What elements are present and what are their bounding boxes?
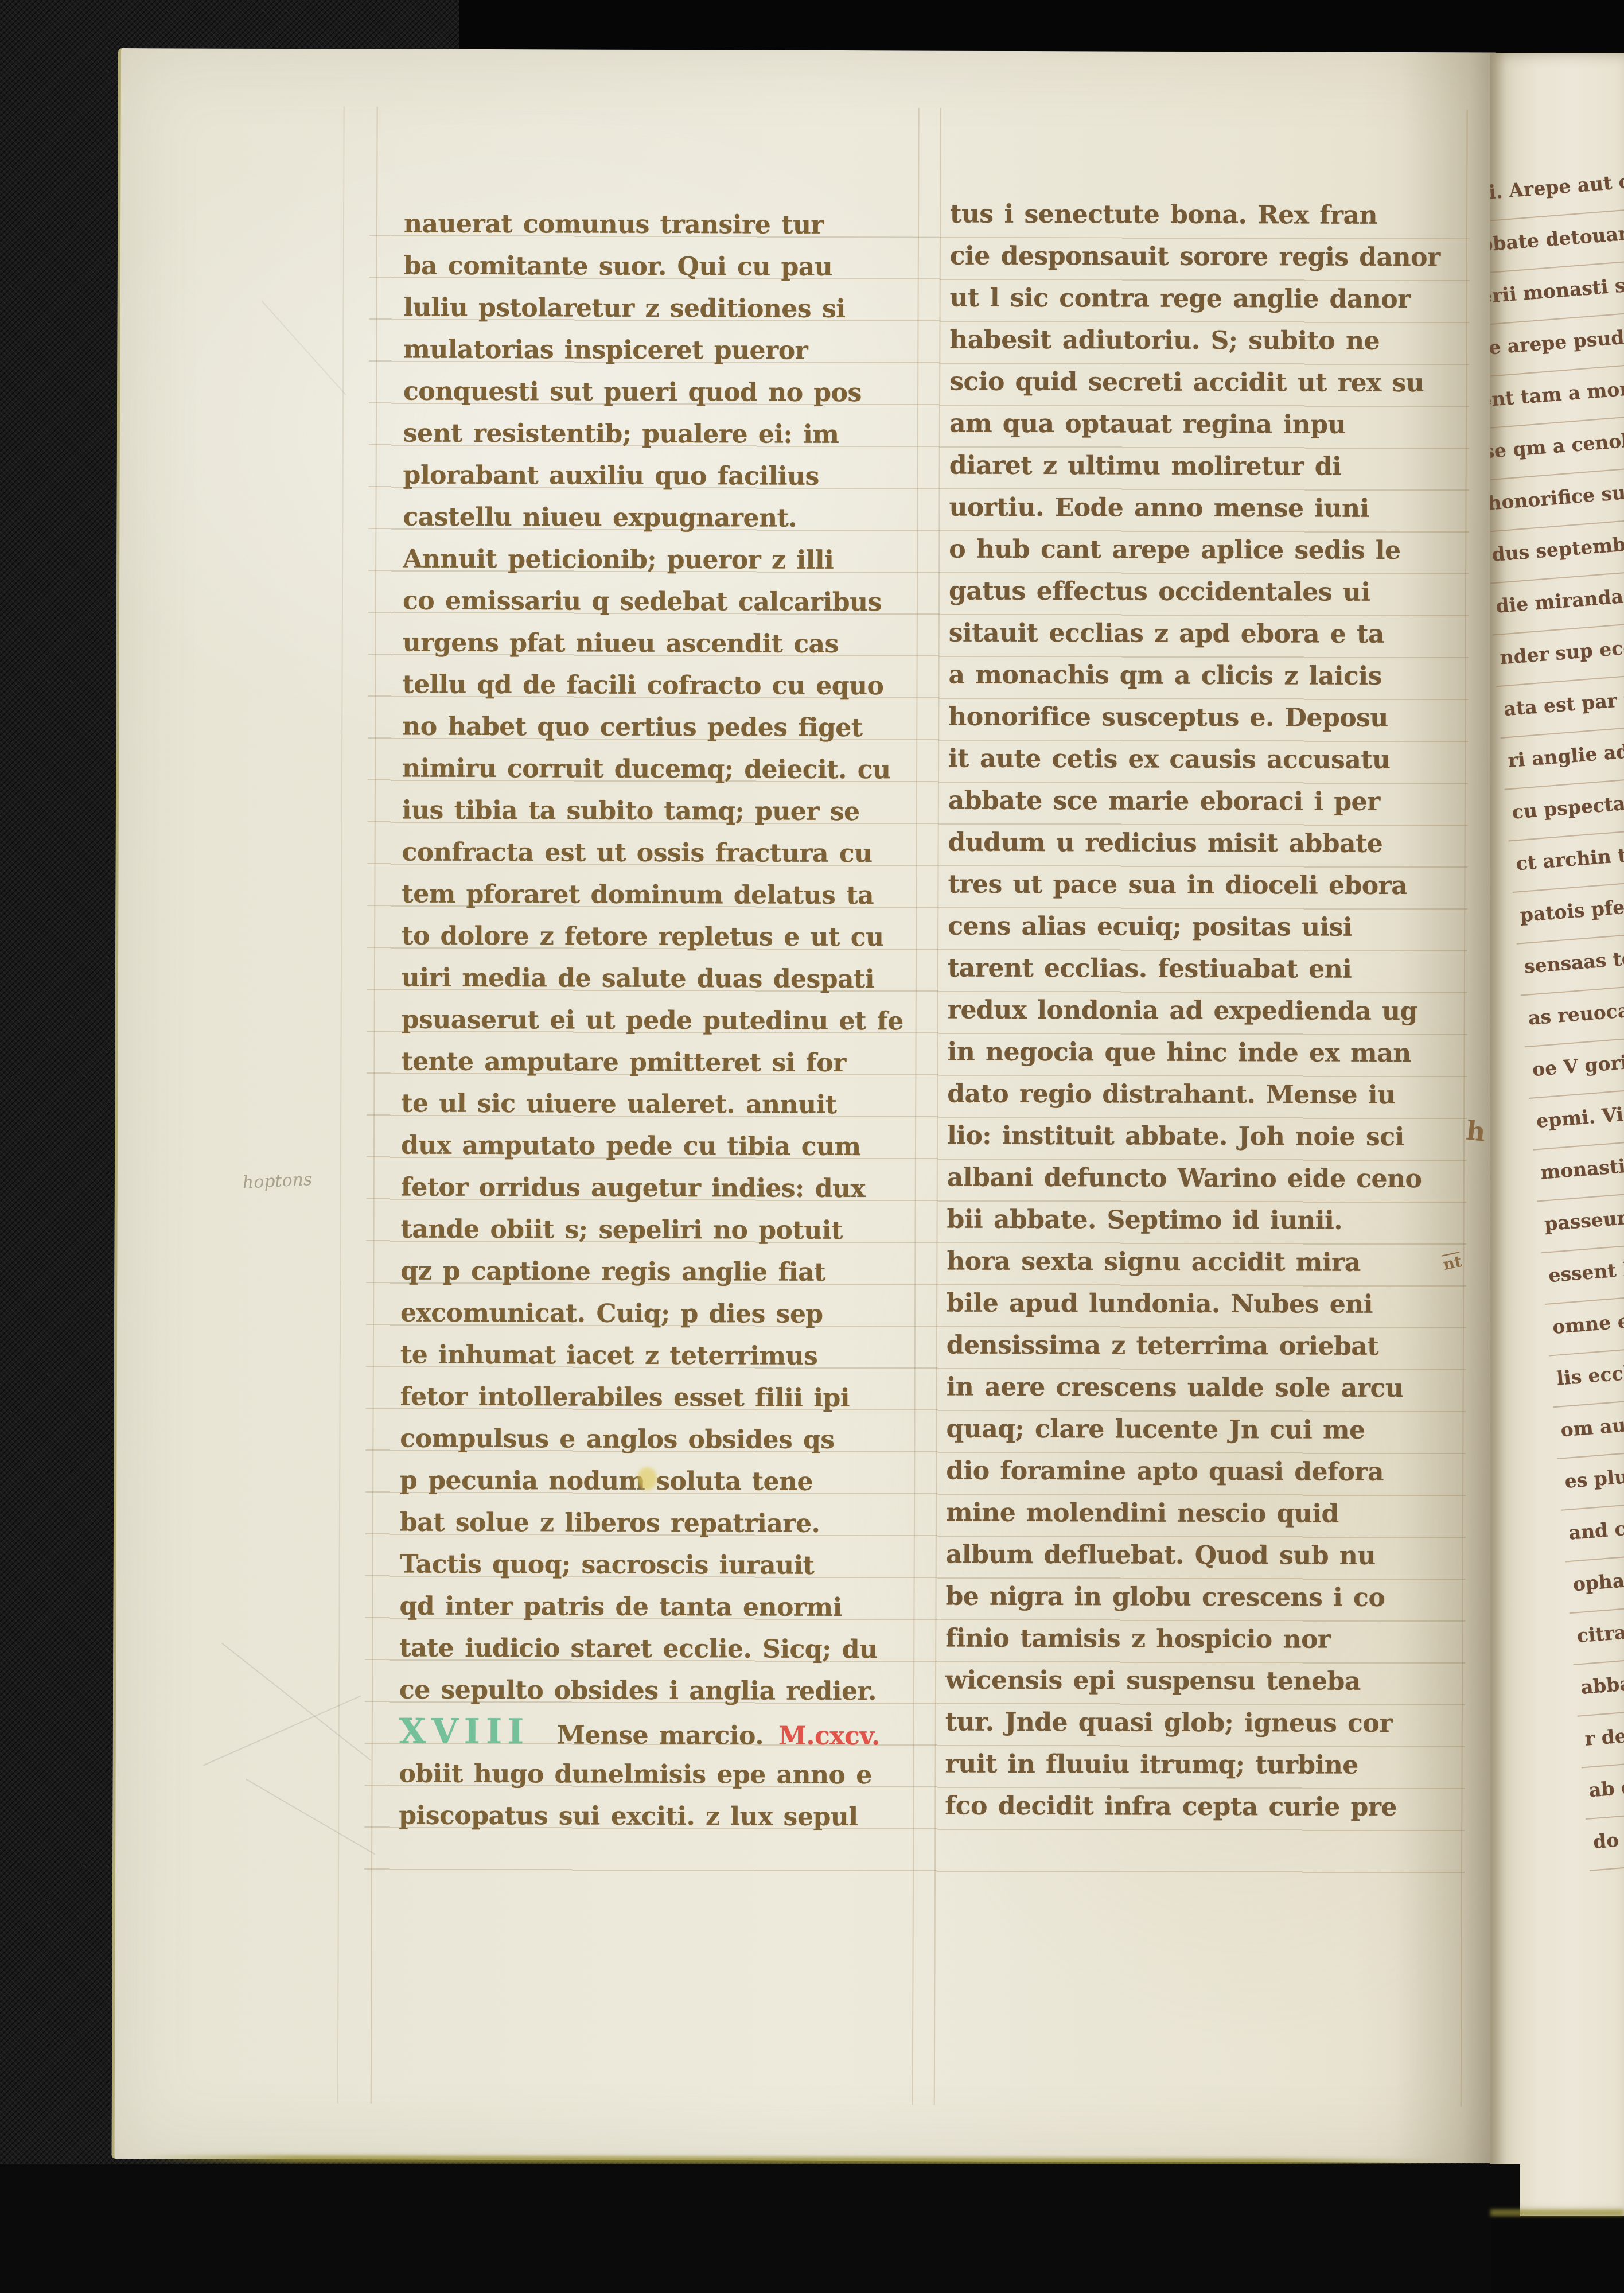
manuscript-text-line: ce sepulto obsides i anglia redier. — [399, 1669, 944, 1713]
wax-stain — [637, 1467, 657, 1490]
facing-page-bottom-edge — [1490, 2209, 1624, 2216]
manuscript-text-line: fetor intollerabiles esset filii ipi — [400, 1376, 945, 1420]
manuscript-text-line: plorabant auxiliu quo facilius — [403, 454, 948, 498]
manuscript-text-line: qd inter patris de tanta enormi — [399, 1585, 944, 1629]
manuscript-text-line: fetor orridus augetur indies: dux — [401, 1167, 946, 1210]
pencil-scratch — [261, 300, 346, 395]
manuscript-text-line: urgens pfat niueu ascendit cas — [403, 622, 948, 666]
manuscript-text-line: co emissariu q sedebat calcaribus — [403, 580, 948, 624]
pencil-scratch — [246, 1779, 375, 1855]
manuscript-text-line: tellu qd de facili cofracto cu equo — [402, 664, 947, 708]
manuscript-text-line: to dolore z fetore repletus e ut cu — [402, 915, 947, 959]
manuscript-text-line: qz p captione regis anglie fiat — [400, 1250, 945, 1294]
manuscript-text-line: Annuit peticionib; pueror z illi — [403, 538, 948, 582]
manuscript-text-line: castellu niueu expugnarent. — [403, 496, 948, 540]
manuscript-text-line: tem pforaret dominum delatus ta — [402, 873, 947, 917]
margin-annotation-hoptons: hoptons — [242, 1169, 313, 1193]
manuscript-text-line: no habet quo certius pedes figet — [402, 706, 947, 749]
manuscript-text-line: ius tibia ta subito tamq; puer se — [402, 790, 947, 833]
manuscript-text-line: mulatorias inspiceret pueror — [403, 329, 948, 372]
manuscript-text-line: piscopatus sui exciti. z lux sepul — [399, 1795, 944, 1839]
rubric-month-label: Mense marcio. — [557, 1714, 764, 1756]
facing-page-fore-edge: epi. Arepe aut cantabbate detouare de dt… — [1490, 53, 1624, 2217]
chapter-numeral: XVIII — [399, 1711, 530, 1754]
manuscript-text-line: bat solue z liberos repatriare. — [400, 1502, 945, 1545]
margin-annotation-h: h — [1465, 1114, 1487, 1147]
manuscript-text-line: psuaserut ei ut pede putedinu et fe — [402, 999, 947, 1043]
manuscript-text-line: obiit hugo dunelmisis epe anno e — [399, 1753, 944, 1797]
manuscript-page: nauerat comunus transire turba comitante… — [111, 48, 1499, 2163]
manuscript-text-line: te inhumat iacet z teterrimus — [400, 1334, 945, 1378]
background-bottom-right-shadow — [1491, 2216, 1624, 2293]
manuscript-text-line: compulsus e anglos obsides qs — [400, 1418, 945, 1462]
manuscript-text-line: confracta est ut ossis fractura cu — [402, 831, 947, 875]
manuscript-text-line: uiri media de salute duas despati — [402, 957, 947, 1001]
manuscript-text-line: luliu pstolaretur z seditiones si — [403, 287, 948, 331]
manuscript-text-line: tate iudicio staret ecclie. Sicq; du — [399, 1627, 944, 1671]
manuscript-text-line: ba comitante suor. Qui cu pau — [404, 245, 949, 289]
manuscript-text-line: te ul sic uiuere ualeret. annuit — [401, 1083, 946, 1126]
margin-annotation-nt: nt — [1442, 1253, 1463, 1274]
gutter-shadow — [1395, 52, 1499, 2163]
manuscript-text-line: conquesti sut pueri quod no pos — [403, 371, 948, 414]
manuscript-text-line: p pecunia nodum soluta tene — [400, 1460, 945, 1503]
manuscript-text-line: sent resistentib; pualere ei: im — [403, 413, 948, 456]
manuscript-text-line: tande obiit s; sepeliri no potuit — [400, 1208, 945, 1252]
vertical-ruling-line — [337, 106, 345, 2103]
facing-page-partial-text: epi. Arepe aut cantabbate detouare de dt… — [1490, 144, 1624, 1871]
column-left-upper-lines: nauerat comunus transire turba comitante… — [399, 203, 949, 1713]
manuscript-text-line: excomunicat. Cuiq; p dies sep — [400, 1292, 945, 1336]
pencil-scratch — [222, 1643, 372, 1761]
manuscript-text-line: nimiru corruit ducemq; deiecit. cu — [402, 748, 947, 791]
manuscript-text-line: tente amputare pmitteret si for — [401, 1041, 946, 1085]
manuscript-photo: nauerat comunus transire turba comitante… — [0, 0, 1624, 2293]
pencil-scratch — [203, 1695, 361, 1766]
background-bottom-shadow — [0, 2164, 1520, 2293]
rubric-year-red: M.cxcv. — [778, 1715, 880, 1758]
text-column-left: nauerat comunus transire turba comitante… — [399, 203, 949, 1839]
rubric-line: XVIII Mense marcio. M.cxcv. — [399, 1711, 944, 1755]
column-left-closing-lines: obiit hugo dunelmisis epe anno episcopat… — [399, 1753, 944, 1839]
manuscript-text-line: dux amputato pede cu tibia cum — [401, 1125, 946, 1168]
manuscript-text-line: nauerat comunus transire tur — [404, 203, 949, 247]
manuscript-text-line: Tactis quoq; sacroscis iurauit — [400, 1544, 945, 1587]
